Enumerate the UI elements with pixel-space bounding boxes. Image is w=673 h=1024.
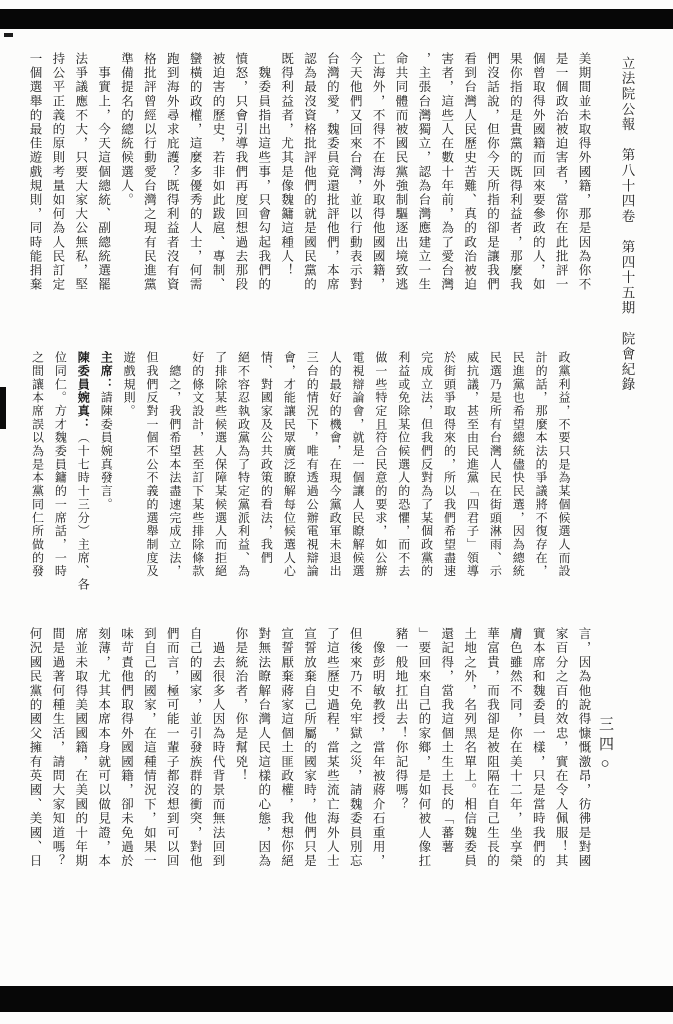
text-column: 是一個政治被迫害者，當你在此批評一 <box>544 52 567 300</box>
scan-artifact-bottom-bar <box>0 986 673 1012</box>
text-column: 遊戲規則。 <box>112 351 135 581</box>
text-column: 看到台灣人民歷史苦難、真的政治被迫 <box>453 52 476 300</box>
text-column: 」要回來自己的家鄉，是如何被人像扛 <box>407 627 430 877</box>
text-column: 實本席和魏委員一樣，只是當時我們的 <box>521 627 544 877</box>
text-column: 像彭明敏教授，當年被蔣介石重用， <box>361 627 384 877</box>
text-column: 宣誓厭棄蔣家這個土匪政權，我想你絕 <box>270 627 293 877</box>
text-column: 刻薄，尤其本席本身就可以做見證，本 <box>87 627 110 877</box>
scan-artifact-top-bar <box>0 9 673 29</box>
text-column: 過去很多人因為時代背景而無法回到 <box>201 627 224 877</box>
text-column: 威抗議，甚至由民進黨「四君子」領導 <box>456 351 479 581</box>
speaker-name: 陳委員婉真： <box>76 351 90 431</box>
text-column: 總之，我們希望本法盡速完成立法， <box>158 351 181 581</box>
text-column: 事實上，今天這個總統、副總統選罷 <box>87 52 110 300</box>
text-column: 法爭議應不大，只要大家大公無私，堅 <box>64 52 87 300</box>
text-column: 宣誓放棄自己所屬的國家時，他們只是 <box>293 627 316 877</box>
text-column: 認為最沒資格批評他們的就是國民黨的 <box>293 52 316 300</box>
text-column: 跑到海外尋求庇護？既得利益者沒有資 <box>155 52 178 300</box>
text-column: 會，才能讓民眾廣泛瞭解每位候選人心 <box>272 351 295 581</box>
text-column: 對無法瞭解台灣人民這樣的心態，因為 <box>247 627 270 877</box>
text-column: 了排除某些候選人保障某候選人而拒絕 <box>204 351 227 581</box>
text-column: 人的最好的機會，在現今黨政軍未退出 <box>318 351 341 581</box>
page-number: 三四○ <box>597 716 612 786</box>
text-column: 之間讓本席誤以為是本黨同仁所做的發 <box>21 351 44 581</box>
text-column: 格批評曾經以行動愛台灣之現有民進黨 <box>133 52 156 300</box>
gazette-page: 立法院公報 第八十四卷 第四十五期 院會紀錄 三四○ 美期間並未取得外國籍，那是… <box>0 0 673 1024</box>
text-column: 何況國民黨的國父擁有英國、美國、日 <box>18 627 41 877</box>
text-column: 到自己的國家，在這種情況下，如果一 <box>133 627 156 877</box>
scan-artifact-left-mark <box>0 387 6 429</box>
text-column: 美期間並未取得外國籍，那是因為你不 <box>567 52 590 300</box>
text-column: 絕不容忍執政黨為了特定黨派利益、為 <box>227 351 250 581</box>
text-column: 果你指的是貴黨的既得利益者，那麼我 <box>499 52 522 300</box>
text-tier-middle: 政黨利益，不要只是為某個候選人而設計的話，那麼本法的爭議將不復存在，民進黨也希望… <box>20 351 570 581</box>
text-column: 做一些特定且符合民意的要求，如公辦 <box>364 351 387 581</box>
text-column: 豬一般地扛出去！你記得嗎？ <box>384 627 407 877</box>
text-column: 好的條文設計，甚至訂下某些排除條款 <box>181 351 204 581</box>
text-column: 既得利益者，尤其是像魏鏞這種人！ <box>270 52 293 300</box>
text-tier-upper: 美期間並未取得外國籍，那是因為你不是一個政治被迫害者，當你在此批評一個曾取得外國… <box>18 52 590 300</box>
text-column: 情、對國家及公共政策的看法，我們 <box>250 351 273 581</box>
text-column: 於街頭爭取得來的，所以我們希望盡速 <box>433 351 456 581</box>
text-column: 席並未取得美國國籍，在美國的十年期 <box>64 627 87 877</box>
text-column: 命共同體而被國民黨強制驅逐出境致逃 <box>384 52 407 300</box>
text-column: 今天他們又回來台灣，並以行動表示對 <box>338 52 361 300</box>
text-column: 憤怒，只會引導我們再度回想過去那段 <box>224 52 247 300</box>
text-column: 間是過著何種生活，請問大家知道嗎？ <box>41 627 64 877</box>
text-column: 但後來乃不免牢獄之災，請魏委員別忘 <box>338 627 361 877</box>
text-column: 害者，這些人在數十年前，為了愛台灣 <box>430 52 453 300</box>
speaker-name: 主席： <box>99 351 113 391</box>
text-column: 言，因為他說得慷慨激昂，彷彿是對國 <box>567 627 590 877</box>
text-column: 華富貴，而我卻是被阻隔在自己生長的 <box>476 627 499 877</box>
text-column: 們沒話說，但你今天所指的卻是讓我們 <box>476 52 499 300</box>
text-column: 準備提名的總統候選人。 <box>110 52 133 300</box>
text-column: 蠻橫的政權，這麼多優秀的人士，何需 <box>178 52 201 300</box>
page-header-title: 立法院公報 第八十四卷 第四十五期 院會紀錄 <box>620 56 634 476</box>
text-column: 完成立法，但我們反對為了某個政黨的 <box>410 351 433 581</box>
text-column: 魏委員指出這些事，只會勾起我們的 <box>247 52 270 300</box>
text-column: 亡海外，不得不在海外取得他國國籍， <box>361 52 384 300</box>
text-column: 持公平正義的原則考量如何為人民訂定 <box>41 52 64 300</box>
text-column: 民進黨也希望總統儘快民選，因為總統 <box>501 351 524 581</box>
text-column: 家百分之百的效忠，實在令人佩服！其 <box>544 627 567 877</box>
text-column: 但我們反對一個不公不義的選舉制度及 <box>135 351 158 581</box>
text-column: 利益或免除某位候選人的恐懼，而不去 <box>387 351 410 581</box>
text-column: 們而言，極可能一輩子都沒想到可以回 <box>155 627 178 877</box>
text-column: 三台的情況下，唯有透過公辦電視辯論 <box>295 351 318 581</box>
text-column: 味苛責他們取得外國國籍，卻未免過於 <box>110 627 133 877</box>
text-column: 政黨利益，不要只是為某個候選人而設 <box>547 351 570 581</box>
text-column: 計的話，那麼本法的爭議將不復存在， <box>524 351 547 581</box>
text-column: 一個選舉的最佳遊戲規則，同時能捐棄 <box>18 52 41 300</box>
text-column: 陳委員婉真：（十七時十三分）主席、各 <box>66 351 89 581</box>
text-column: 台灣的愛，魏委員竟還批評他們，本席 <box>316 52 339 300</box>
text-column: 被迫害的歷史，若非如此跋扈、專制、 <box>201 52 224 300</box>
text-column: 了這些歷史過程，當某些流亡海外人士 <box>316 627 339 877</box>
text-column: 位同仁。方才魏委員鏞的一席話，一時 <box>44 351 67 581</box>
text-column: 民選乃是所有台灣人民在街頭淋雨、示 <box>478 351 501 581</box>
text-column: 膚色雖然不同，你在美十二年，坐享榮 <box>499 627 522 877</box>
text-column: ，主張台灣獨立，認為台灣應建立一生 <box>407 52 430 300</box>
text-column: 主席：請陳委員婉真發言。 <box>89 351 112 581</box>
text-column: 自己的國家，並引發族群的衝突，對他 <box>178 627 201 877</box>
text-column: 還記得，當我這個土生土長的「蕃薯 <box>430 627 453 877</box>
text-column: 土地之外，名列黑名單上。相信魏委員 <box>453 627 476 877</box>
text-column: 電視辯論會，就是一個讓人民瞭解候選 <box>341 351 364 581</box>
text-column: 個曾取得外國籍而回來要參政的人，如 <box>521 52 544 300</box>
scan-artifact-speck <box>4 33 13 37</box>
text-column: 你是統治者，你是幫兇！ <box>224 627 247 877</box>
text-tier-lower: 言，因為他說得慷慨激昂，彷彿是對國家百分之百的效忠，實在令人佩服！其實本席和魏委… <box>18 627 590 877</box>
